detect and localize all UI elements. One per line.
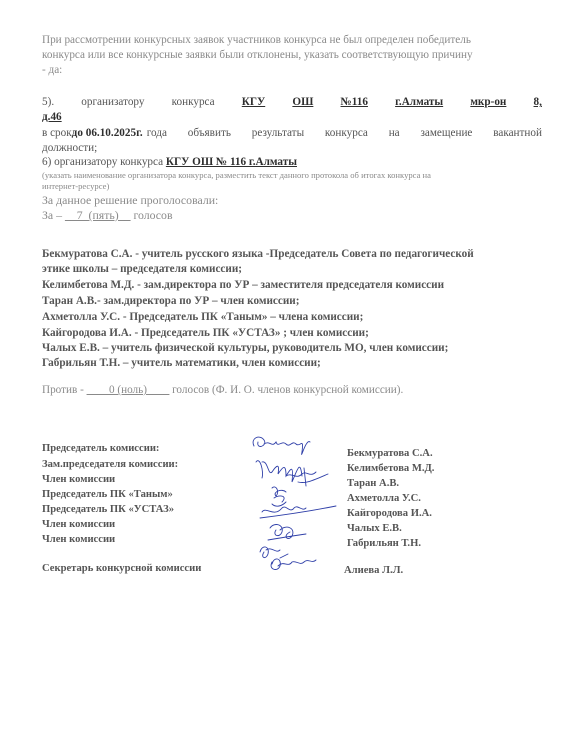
member-7: Габрильян Т.Н. – учитель математики, чле…: [42, 356, 321, 371]
member-1b: этике школы – председателя комиссии;: [42, 262, 242, 277]
vote-for-line: За – __7_(пять)__ голосов: [42, 208, 173, 223]
item5-org-1: КГУ: [242, 95, 265, 110]
deadline-pre: в срок: [42, 126, 72, 141]
role-1: Председатель комиссии:: [42, 441, 159, 456]
sig-name-5: Кайгородова И.А.: [347, 506, 432, 521]
item5-org-4: г.Алматы: [395, 95, 443, 110]
sig-name-7: Габрильян Т.Н.: [347, 536, 421, 551]
vote-against-prefix: Против -: [42, 384, 84, 396]
item5-org-3: №116: [341, 95, 368, 110]
role-2: Зам.председателя комиссии:: [42, 457, 178, 472]
role-3: Член комиссии: [42, 472, 115, 487]
item5-prefix2: конкурса: [172, 95, 215, 110]
member-5: Кайгородова И.А. - Председатель ПК «УСТА…: [42, 326, 369, 341]
item5-number: 5).: [42, 95, 54, 110]
item5-org-line2: д.46: [42, 110, 62, 125]
item6-note-1: (указать наименование организатора конку…: [42, 170, 431, 181]
sig-name-6: Чалых Е.В.: [347, 521, 402, 536]
vote-for-prefix: За –: [42, 208, 62, 222]
deadline-line2: должности;: [42, 141, 97, 156]
signature-scribbles: [246, 432, 346, 592]
vote-against-suffix: голосов (Ф. И. О. членов конкурсной коми…: [172, 384, 403, 396]
secretary-role: Секретарь конкурсной комиссии: [42, 561, 201, 576]
role-5: Председатель ПК «УСТАЗ»: [42, 502, 174, 517]
sig-name-1: Бекмуратова С.А.: [347, 446, 433, 461]
intro-line-1: При рассмотрении конкурсных заявок участ…: [42, 33, 471, 48]
member-4: Ахметолла У.С. - Председатель ПК «Таным»…: [42, 310, 363, 325]
item6-org: КГУ ОШ № 116 г.Алматы: [166, 156, 297, 168]
member-1a: Бекмуратова С.А. - учитель русского язык…: [42, 247, 474, 262]
item5-org-2: ОШ: [292, 95, 313, 110]
item6-prefix: 6) организатору конкурса: [42, 156, 163, 168]
member-3: Таран А.В.- зам.директора по УР – член к…: [42, 294, 299, 309]
member-6: Чалых Е.В. – учитель физической культуры…: [42, 341, 448, 356]
vote-against-line: Против - ____0 (ноль)____ голосов (Ф. И.…: [42, 383, 403, 398]
role-6: Член комиссии: [42, 517, 115, 532]
item5-deadline-line: в срок до 06.10.2025г. года объявить рез…: [42, 126, 542, 141]
vote-for-suffix: голосов: [133, 208, 172, 222]
item5-prefix: организатору: [81, 95, 144, 110]
vote-against-value: ____0 (ноль)____: [87, 384, 170, 396]
sig-name-3: Таран А.В.: [347, 476, 399, 491]
member-2: Келимбетова М.Д. - зам.директора по УР –…: [42, 278, 444, 293]
intro-line-2: конкурса или все конкурсные заявки были …: [42, 48, 473, 63]
item5-line: 5). организатору конкурса КГУ ОШ №116 г.…: [42, 95, 542, 110]
secretary-name: Алиева Л.Л.: [344, 563, 403, 578]
deadline-date: до 06.10.2025г.: [72, 126, 143, 141]
item5-org-6: 8,: [534, 95, 542, 110]
intro-line-3: - да:: [42, 63, 62, 78]
role-7: Член комиссии: [42, 532, 115, 547]
item6-line: 6) организатору конкурса КГУ ОШ № 116 г.…: [42, 155, 297, 170]
role-4: Председатель ПК «Таным»: [42, 487, 173, 502]
vote-for-value: __7_(пять)__: [65, 208, 131, 222]
item5-org-5: мкр-он: [470, 95, 506, 110]
item6-note-2: интернет-ресурсе): [42, 181, 109, 192]
deadline-post: года объявить результаты конкурса на зам…: [147, 126, 542, 141]
sig-name-4: Ахметолла У.С.: [347, 491, 421, 506]
vote-heading: За данное решение проголосовали:: [42, 193, 218, 208]
sig-name-2: Келимбетова М.Д.: [347, 461, 434, 476]
